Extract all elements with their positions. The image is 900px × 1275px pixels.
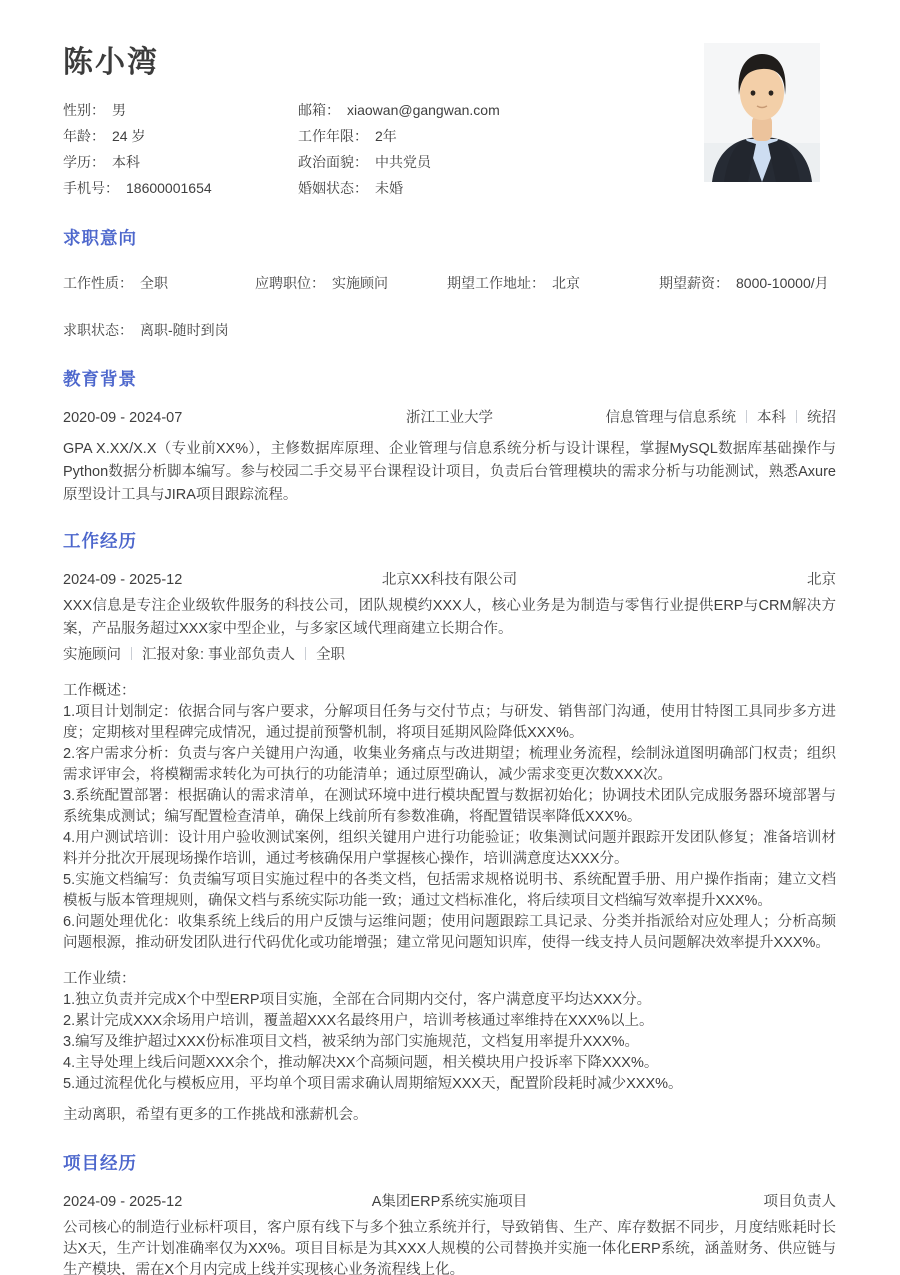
intent-value: 全职 <box>140 275 168 291</box>
intent-status: 求职状态：离职-随时到岗 <box>63 321 836 339</box>
info-value: 24 岁 <box>112 128 145 144</box>
section-job-intent: 求职意向 工作性质：全职 应聘职位：实施顾问 期望工作地址：北京 期望薪资：80… <box>63 227 836 339</box>
info-value: xiaowan@gangwan.com <box>347 102 500 118</box>
info-label: 性别： <box>63 102 105 118</box>
separator <box>305 647 306 660</box>
intent-value: 离职-随时到岗 <box>140 322 229 338</box>
education-major: 信息管理与信息系统 <box>606 410 737 426</box>
info-label: 手机号： <box>63 180 119 196</box>
education-description: GPA X.XX/X.X（专业前XX%），主修数据库原理、企业管理与信息系统分析… <box>63 438 836 507</box>
section-education: 教育背景 2020-09 - 2024-07 浙江工业大学 信息管理与信息系统本… <box>63 368 836 507</box>
project-period: 2024-09 - 2025-12 <box>63 1193 372 1211</box>
work-overview-item: 6.问题处理优化：收集系统上线后的用户反馈与运维问题；使用问题跟踪工具记录、分类… <box>63 912 836 954</box>
company-intro: XXX信息是专注企业级软件服务的科技公司，团队规模约XXX人，核心业务是为制造与… <box>63 595 836 641</box>
intent-label: 期望薪资： <box>659 275 729 291</box>
resume-header: 陈小湾 性别：男 年龄：24 岁 学历：本科 <box>63 45 836 201</box>
info-value: 2年 <box>375 128 397 144</box>
project-description: 公司核心的制造行业标杆项目，客户原有线下与多个独立系统并行，导致销售、生产、库存… <box>63 1218 836 1275</box>
section-title-education: 教育背景 <box>63 368 836 390</box>
work-overview-item: 2.客户需求分析：负责与客户关键用户沟通，收集业务痛点与改进期望；梳理业务流程，… <box>63 744 836 786</box>
profile-photo <box>704 43 820 182</box>
intent-label: 期望工作地址： <box>447 275 545 291</box>
info-value: 男 <box>112 102 126 118</box>
intent-label: 应聘职位： <box>255 275 325 291</box>
project-role: 项目负责人 <box>527 1193 836 1211</box>
basic-info-left: 性别：男 年龄：24 岁 学历：本科 手机号：18600001654 <box>63 97 298 201</box>
section-project-experience: 项目经历 2024-09 - 2025-12 A集团ERP系统实施项目 项目负责… <box>63 1152 836 1275</box>
work-entry-row: 2024-09 - 2025-12 北京XX科技有限公司 北京 <box>63 571 836 589</box>
info-label: 年龄： <box>63 128 105 144</box>
separator <box>131 647 132 660</box>
work-achievement-item: 4.主导处理上线后问题XXX余个，推动解决XX个高频问题，相关模块用户投诉率下降… <box>63 1053 836 1074</box>
resume-page: 陈小湾 性别：男 年龄：24 岁 学历：本科 <box>0 0 900 1275</box>
info-degree: 学历：本科 <box>63 149 298 175</box>
project-entry-row: 2024-09 - 2025-12 A集团ERP系统实施项目 项目负责人 <box>63 1193 836 1211</box>
work-overview-item: 5.实施文档编写：负责编写项目实施过程中的各类文档，包括需求规格说明书、系统配置… <box>63 870 836 912</box>
info-label: 婚姻状态： <box>298 180 368 196</box>
education-entry-row: 2020-09 - 2024-07 浙江工业大学 信息管理与信息系统本科统招 <box>63 409 836 427</box>
education-admission-type: 统招 <box>807 410 836 426</box>
section-title-work: 工作经历 <box>63 530 836 552</box>
work-achievement-item: 3.编写及维护超过XXX份标准项目文档，被采纳为部门实施规范，文档复用率提升XX… <box>63 1032 836 1053</box>
intent-value: 北京 <box>552 275 580 291</box>
intent-work-type: 工作性质：全职 <box>63 274 255 292</box>
info-value: 18600001654 <box>126 180 212 196</box>
section-work-experience: 工作经历 2024-09 - 2025-12 北京XX科技有限公司 北京 XXX… <box>63 530 836 1126</box>
work-overview-title: 工作概述： <box>63 681 836 702</box>
work-achievements-title: 工作业绩： <box>63 969 836 990</box>
leave-reason: 主动离职，希望有更多的工作挑战和涨薪机会。 <box>63 1105 836 1126</box>
intent-value: 实施顾问 <box>332 275 388 291</box>
intent-label: 工作性质： <box>63 275 133 291</box>
info-value: 未婚 <box>375 180 403 196</box>
work-location: 北京 <box>517 571 836 589</box>
info-label: 工作年限： <box>298 128 368 144</box>
info-label: 学历： <box>63 154 105 170</box>
work-overview: 工作概述： 1.项目计划制定：依据合同与客户要求，分解项目任务与交付节点；与研发… <box>63 681 836 954</box>
project-name: A集团ERP系统实施项目 <box>372 1193 528 1211</box>
section-title-project: 项目经历 <box>63 1152 836 1174</box>
work-report-to: 汇报对象: 事业部负责人 <box>142 647 295 663</box>
work-achievement-item: 1.独立负责并完成X个中型ERP项目实施，全部在合同期内交付，客户满意度平均达X… <box>63 990 836 1011</box>
intent-label: 求职状态： <box>63 322 133 338</box>
separator <box>796 410 797 423</box>
intent-location: 期望工作地址：北京 <box>447 274 659 292</box>
intent-salary: 期望薪资：8000-10000/月 <box>659 274 836 292</box>
job-intent-row: 工作性质：全职 应聘职位：实施顾问 期望工作地址：北京 期望薪资：8000-10… <box>63 274 836 292</box>
work-role-line: 实施顾问汇报对象: 事业部负责人全职 <box>63 645 836 665</box>
work-period: 2024-09 - 2025-12 <box>63 571 382 589</box>
work-overview-item: 1.项目计划制定：依据合同与客户要求，分解项目任务与交付节点；与研发、销售部门沟… <box>63 702 836 744</box>
section-title-job-intent: 求职意向 <box>63 227 836 249</box>
education-meta: 信息管理与信息系统本科统招 <box>493 409 836 427</box>
separator <box>746 410 747 423</box>
work-company: 北京XX科技有限公司 <box>382 571 517 589</box>
info-label: 邮箱： <box>298 102 340 118</box>
education-school: 浙江工业大学 <box>406 409 493 427</box>
work-achievements: 工作业绩： 1.独立负责并完成X个中型ERP项目实施，全部在合同期内交付，客户满… <box>63 969 836 1095</box>
work-job-type: 全职 <box>316 647 345 663</box>
work-achievement-item: 2.累计完成XXX余场用户培训，覆盖超XXX名最终用户，培训考核通过率维持在XX… <box>63 1011 836 1032</box>
education-degree: 本科 <box>757 410 786 426</box>
info-age: 年龄：24 岁 <box>63 123 298 149</box>
info-phone: 手机号：18600001654 <box>63 175 298 201</box>
info-value: 本科 <box>112 154 140 170</box>
info-label: 政治面貌： <box>298 154 368 170</box>
portrait-photo-icon <box>704 43 820 182</box>
work-overview-item: 3.系统配置部署：根据确认的需求清单，在测试环境中进行模块配置与数据初始化；协调… <box>63 786 836 828</box>
info-value: 中共党员 <box>375 154 431 170</box>
work-overview-item: 4.用户测试培训：设计用户验收测试案例，组织关键用户进行功能验证；收集测试问题并… <box>63 828 836 870</box>
work-role: 实施顾问 <box>63 647 121 663</box>
education-period: 2020-09 - 2024-07 <box>63 409 406 427</box>
intent-position: 应聘职位：实施顾问 <box>255 274 447 292</box>
info-gender: 性别：男 <box>63 97 298 123</box>
work-achievement-item: 5.通过流程优化与模板应用，平均单个项目需求确认周期缩短XXX天，配置阶段耗时减… <box>63 1074 836 1095</box>
intent-value: 8000-10000/月 <box>736 275 829 291</box>
